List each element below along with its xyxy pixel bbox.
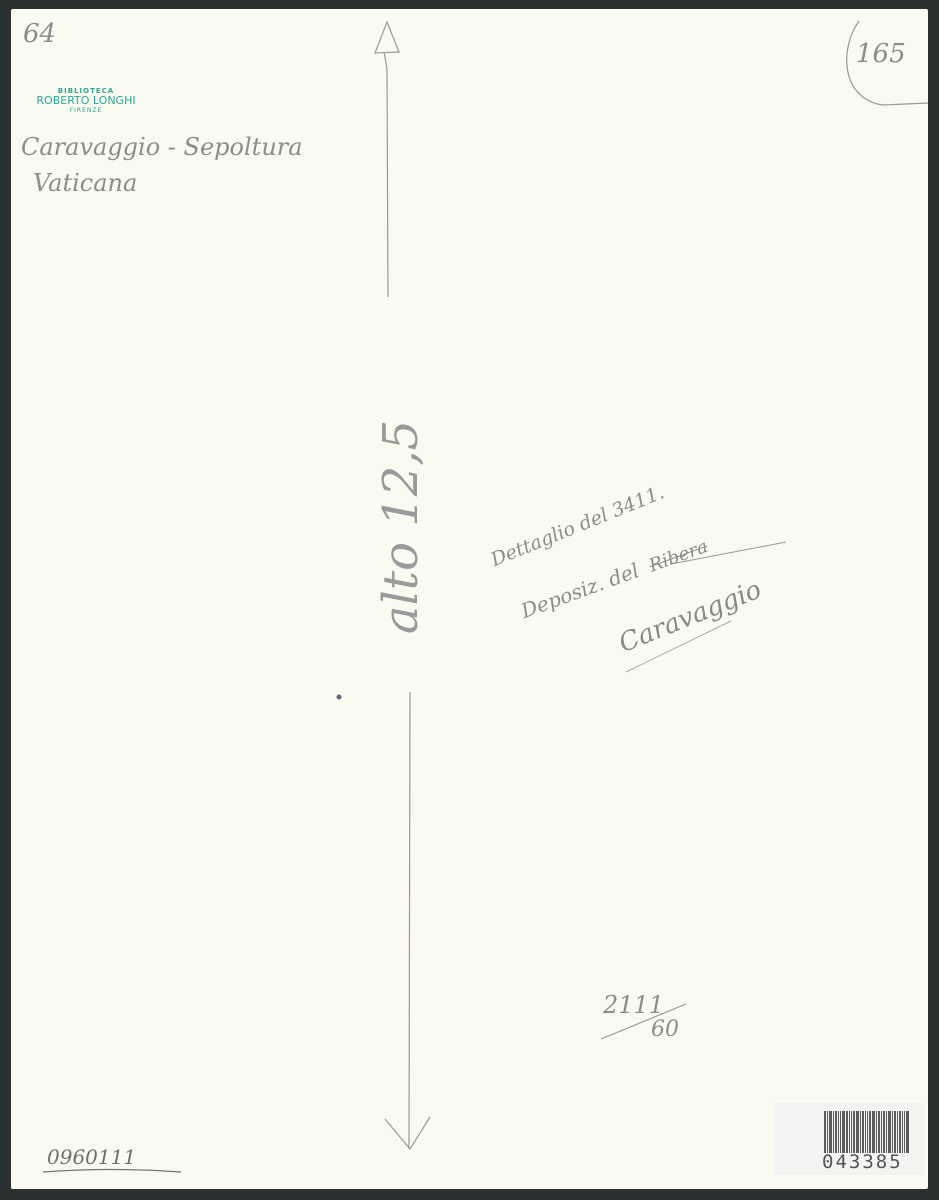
stamp-line-3: FIRENZE <box>21 108 151 115</box>
barcode-label: 043385 <box>774 1103 925 1175</box>
photo-verso-sheet: 64 165 BIBLIOTECA ROBERTO LONGHI FIRENZE… <box>11 9 928 1189</box>
inventory-underline <box>43 1170 181 1173</box>
library-stamp: BIBLIOTECA ROBERTO LONGHI FIRENZE <box>21 87 151 115</box>
arrow-down-icon <box>385 692 430 1149</box>
barcode-number: 043385 <box>822 1151 903 1173</box>
measurement-label: alto 12,5 <box>373 407 429 647</box>
barcode-icon <box>824 1111 920 1153</box>
fraction-denominator: 60 <box>651 1017 679 1042</box>
stamp-line-2: ROBERTO LONGHI <box>21 95 151 108</box>
fraction-numerator: 2111 <box>603 991 664 1019</box>
title-note-line-2: Vaticana <box>33 169 137 197</box>
arrow-up-icon <box>375 22 399 297</box>
inventory-number: 0960111 <box>47 1145 136 1169</box>
title-note-line-1: Caravaggio - Sepoltura <box>21 133 303 161</box>
corner-number-top-right: 165 <box>856 39 906 69</box>
corner-number-top-left: 64 <box>23 19 56 49</box>
pencil-marks <box>11 9 928 1189</box>
ink-dot <box>337 695 342 700</box>
